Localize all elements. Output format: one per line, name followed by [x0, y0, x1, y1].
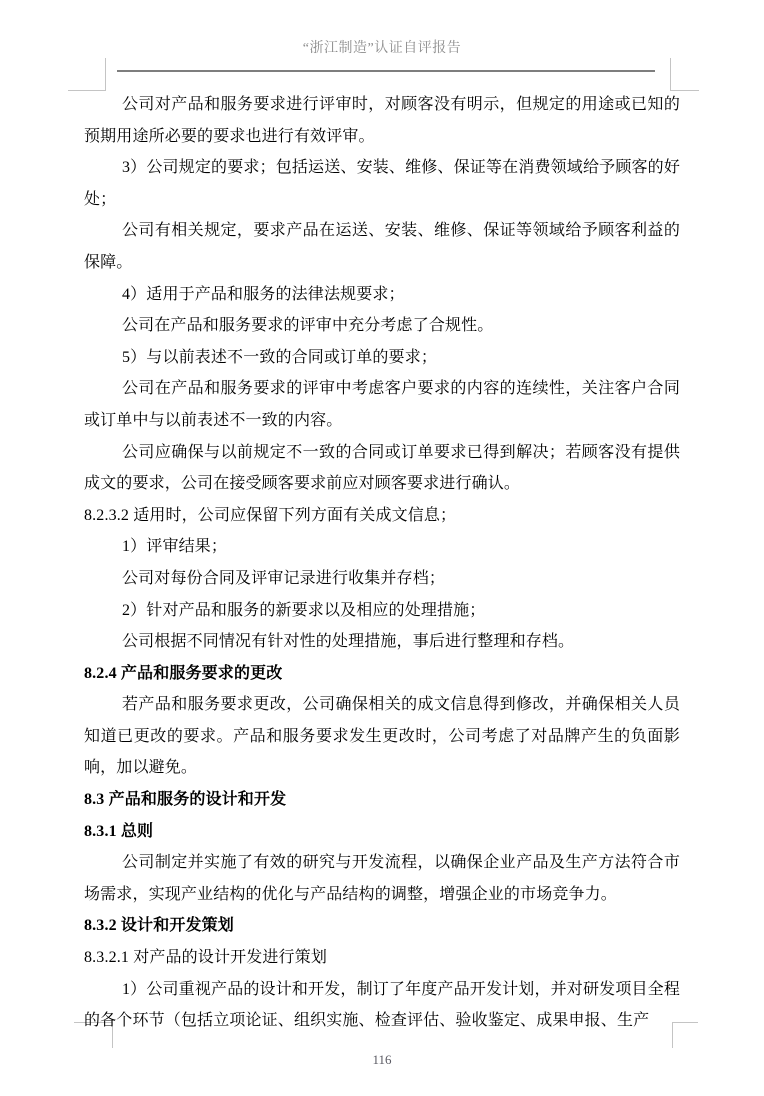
document-page: “浙江制造”认证自评报告 公司对产品和服务要求进行评审时，对顾客没有明示，但规定… — [0, 0, 764, 1096]
crop-mark-top-left — [68, 58, 106, 91]
paragraph: 公司应确保与以前规定不一致的合同或订单要求已得到解决；若顾客没有提供成文的要求，… — [84, 437, 680, 500]
list-item-1: 1）评审结果； — [84, 531, 680, 563]
clause-8-2-3-2: 8.2.3.2 适用时，公司应保留下列方面有关成文信息； — [84, 500, 680, 532]
list-item-4: 4）适用于产品和服务的法律法规要求； — [84, 279, 680, 311]
paragraph: 公司根据不同情况有针对性的处理措施，事后进行整理和存档。 — [84, 626, 680, 658]
heading-8-3-1: 8.3.1 总则 — [84, 816, 680, 848]
paragraph: 1）公司重视产品的设计和开发，制订了年度产品开发计划，并对研发项目全程的各个环节… — [84, 974, 680, 1037]
page-number: 116 — [0, 1052, 764, 1068]
paragraph: 公司对每份合同及评审记录进行收集并存档； — [84, 563, 680, 595]
heading-8-3-2: 8.3.2 设计和开发策划 — [84, 910, 680, 942]
paragraph: 公司在产品和服务要求的评审中考虑客户要求的内容的连续性，关注客户合同或订单中与以… — [84, 373, 680, 436]
list-item-3: 3）公司规定的要求；包括运送、安装、维修、保证等在消费领域给予顾客的好处； — [84, 152, 680, 215]
list-item-5: 5）与以前表述不一致的合同或订单的要求； — [84, 342, 680, 374]
heading-8-2-4: 8.2.4 产品和服务要求的更改 — [84, 658, 680, 690]
header-rule — [117, 70, 655, 72]
paragraph: 公司有相关规定，要求产品在运送、安装、维修、保证等领域给予顾客利益的保障。 — [84, 215, 680, 278]
crop-mark-top-right — [670, 58, 699, 91]
paragraph: 公司制定并实施了有效的研究与开发流程，以确保企业产品及生产方法符合市场需求，实现… — [84, 847, 680, 910]
paragraph: 公司对产品和服务要求进行评审时，对顾客没有明示，但规定的用途或已知的预期用途所必… — [84, 89, 680, 152]
page-header-title: “浙江制造”认证自评报告 — [0, 37, 764, 57]
heading-8-3: 8.3 产品和服务的设计和开发 — [84, 784, 680, 816]
paragraph: 公司在产品和服务要求的评审中充分考虑了合规性。 — [84, 310, 680, 342]
list-item-2: 2）针对产品和服务的新要求以及相应的处理措施； — [84, 595, 680, 627]
paragraph: 若产品和服务要求更改，公司确保相关的成文信息得到修改，并确保相关人员知道已更改的… — [84, 689, 680, 784]
clause-8-3-2-1: 8.3.2.1 对产品的设计开发进行策划 — [84, 942, 680, 974]
document-body: 公司对产品和服务要求进行评审时，对顾客没有明示，但规定的用途或已知的预期用途所必… — [84, 89, 680, 1037]
